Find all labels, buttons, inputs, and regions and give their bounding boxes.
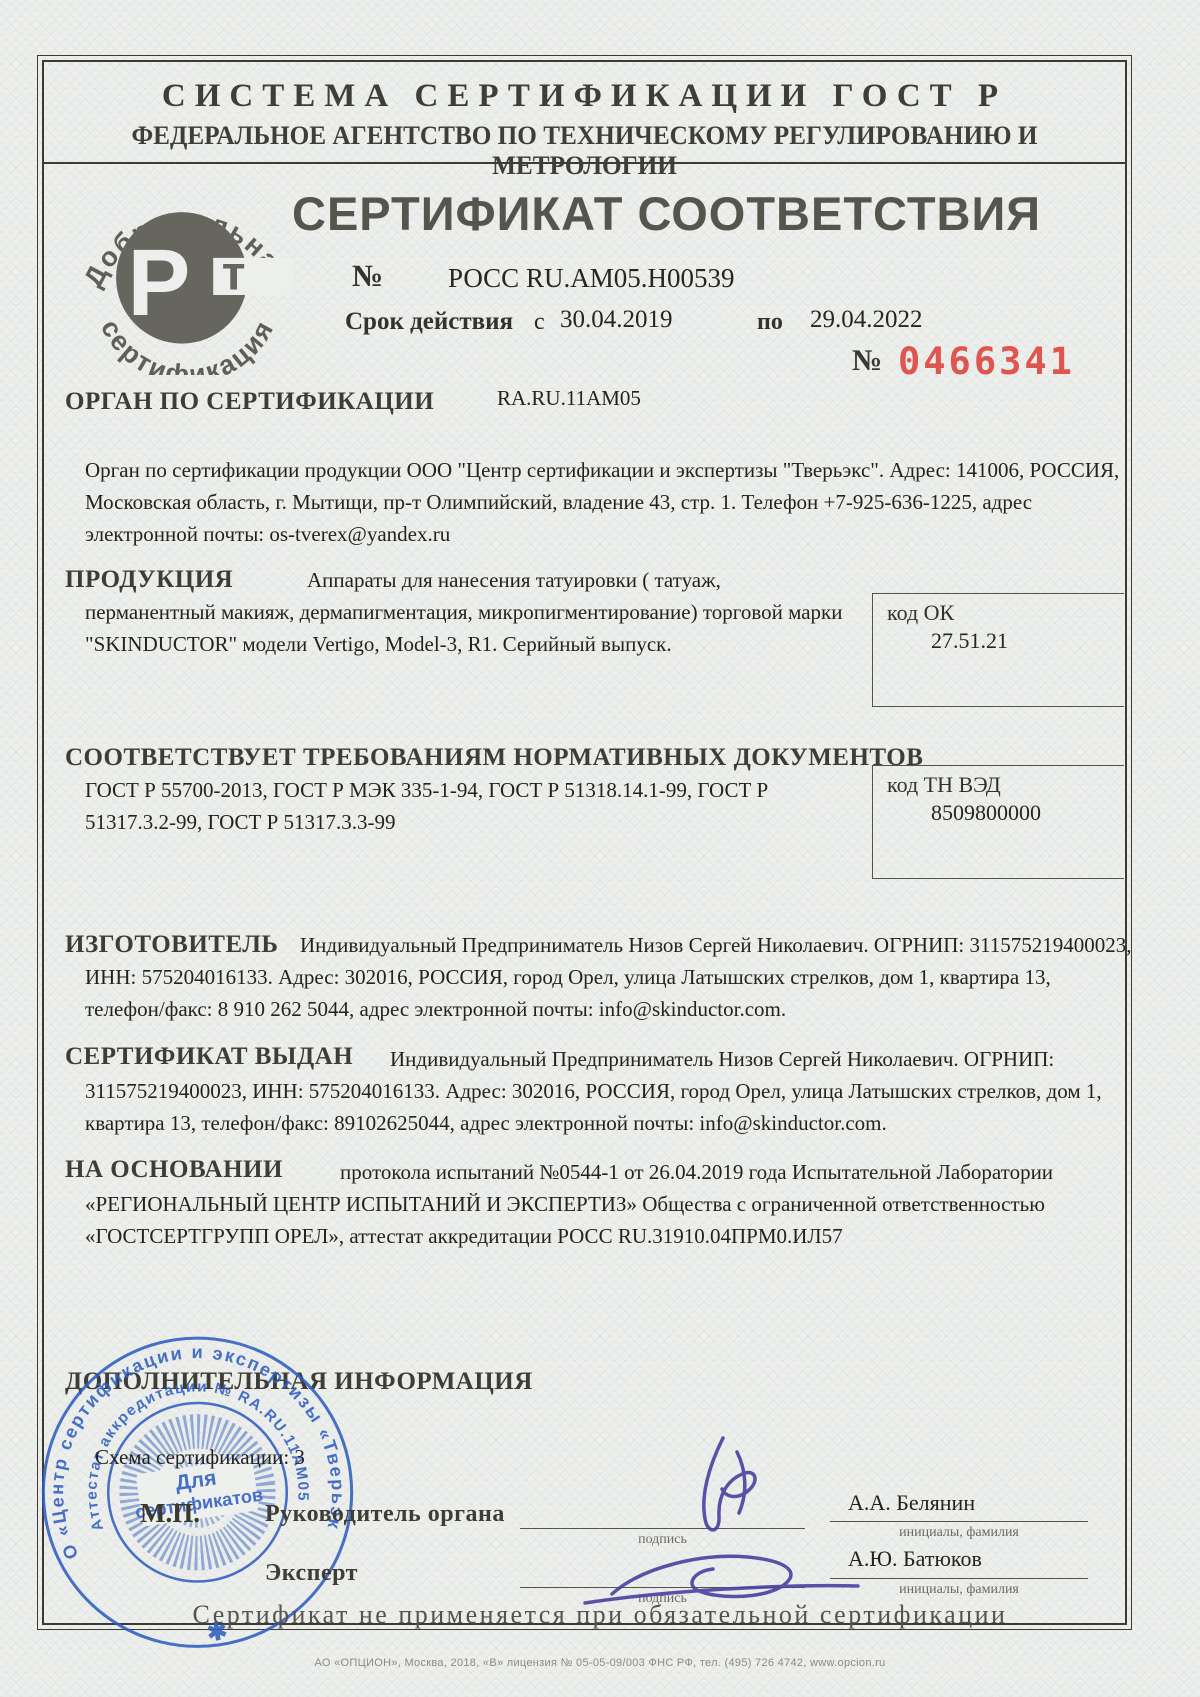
- mandatory-certification-note: Сертификат не применяется при обязательн…: [0, 1600, 1200, 1630]
- certificate-page: СИСТЕМА СЕРТИФИКАЦИИ ГОСТ Р ФЕДЕРАЛЬНОЕ …: [0, 0, 1200, 1697]
- head-signature-stroke: [704, 1438, 755, 1530]
- print-house-footer: АО «ОПЦИОН», Москва, 2018, «В» лицензия …: [0, 1657, 1200, 1669]
- handwritten-signatures-overlay: [0, 0, 1200, 1697]
